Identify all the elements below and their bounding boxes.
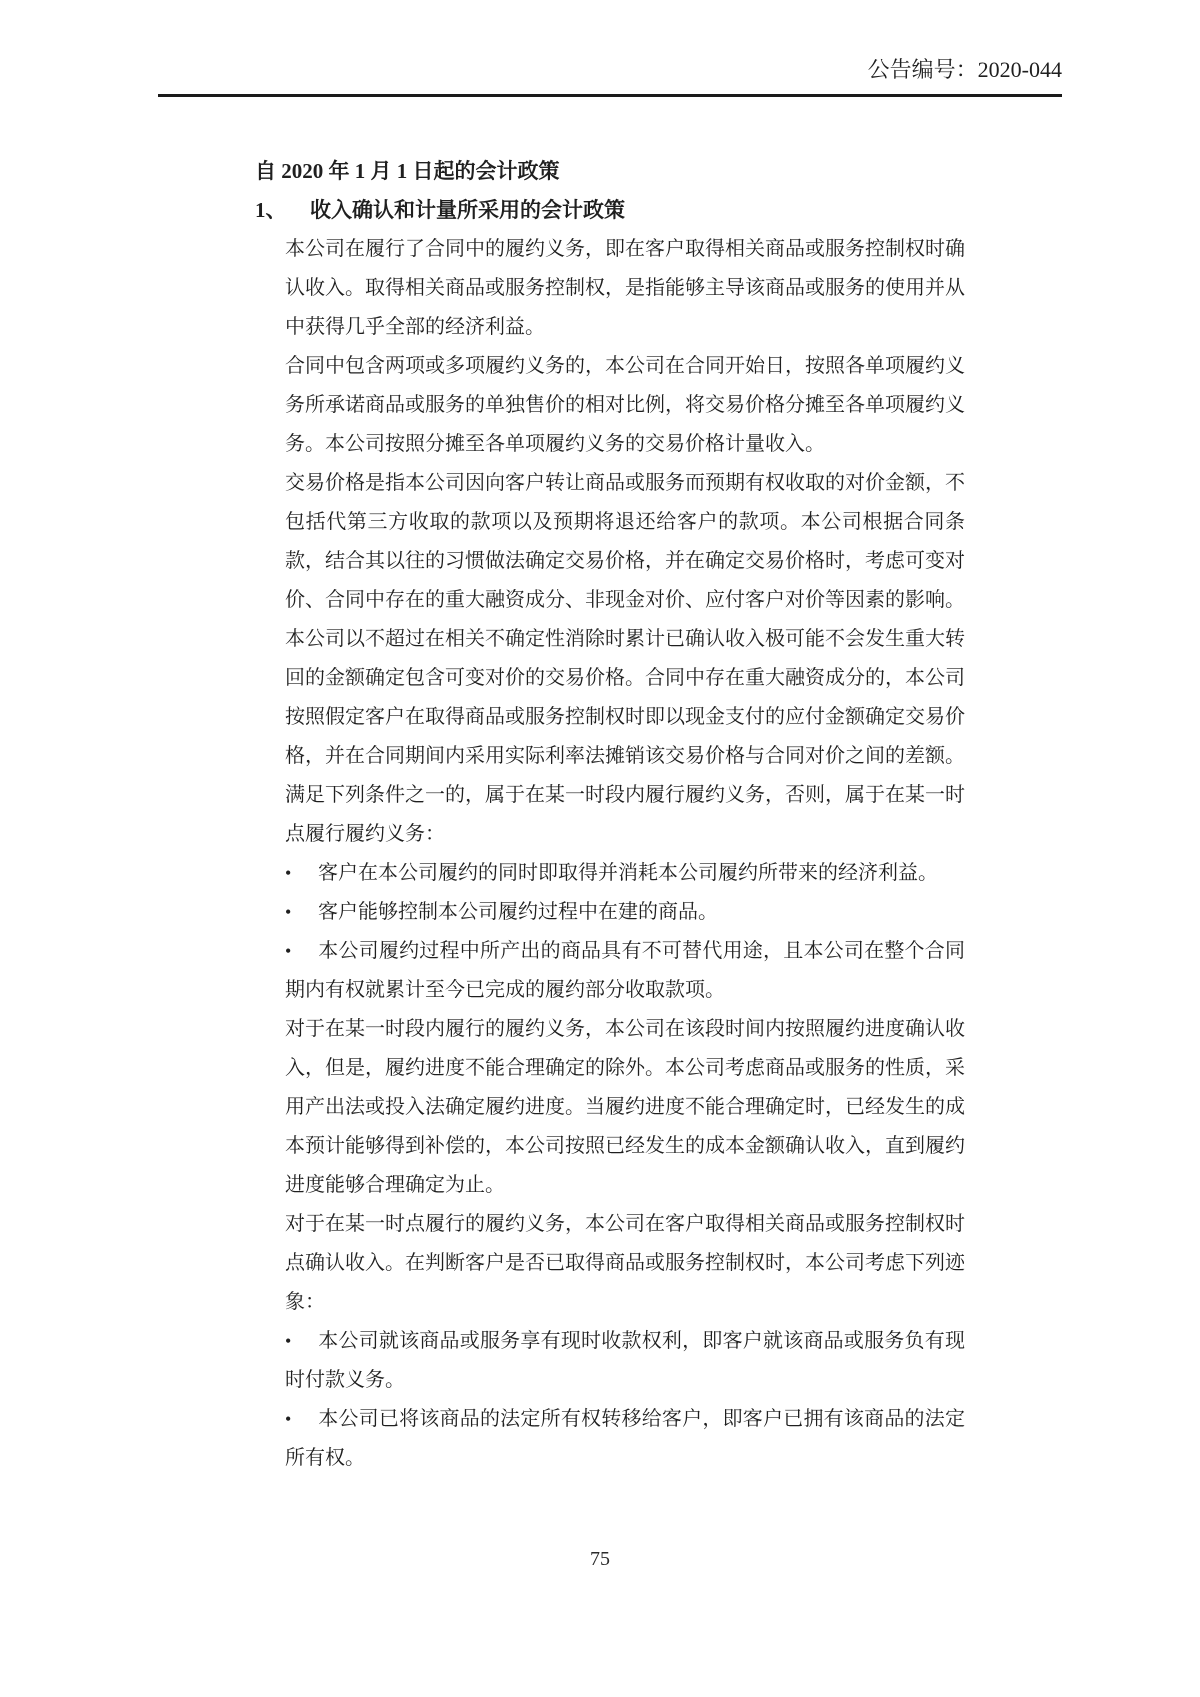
- bullet-icon: •: [285, 932, 318, 971]
- paragraph: 交易价格是指本公司因向客户转让商品或服务而预期有权收取的对价金额，不包括代第三方…: [285, 464, 965, 854]
- bullet-text: 本公司就该商品或服务享有现时收款权利，即客户就该商品或服务负有现时付款义务。: [285, 1330, 965, 1391]
- bullet-item: •客户能够控制本公司履约过程中在建的商品。: [285, 893, 965, 932]
- bullet-text: 本公司履约过程中所产出的商品具有不可替代用途，且本公司在整个合同期内有权就累计至…: [285, 940, 965, 1001]
- bullet-icon: •: [285, 1400, 318, 1439]
- paragraph: 本公司在履行了合同中的履约义务，即在客户取得相关商品或服务控制权时确认收入。取得…: [285, 230, 965, 347]
- section-title: 收入确认和计量所采用的会计政策: [310, 191, 625, 230]
- section-heading: 1、 收入确认和计量所采用的会计政策: [255, 191, 965, 230]
- bullet-icon: •: [285, 893, 318, 932]
- page-number: 75: [590, 1548, 610, 1570]
- bullet-icon: •: [285, 1322, 318, 1361]
- bullet-text: 客户能够控制本公司履约过程中在建的商品。: [318, 901, 718, 923]
- bullet-icon: •: [285, 854, 318, 893]
- header-rule: [158, 94, 1062, 97]
- page-title: 自 2020 年 1 月 1 日起的会计政策: [255, 152, 965, 191]
- bullet-item: •本公司就该商品或服务享有现时收款权利，即客户就该商品或服务负有现时付款义务。: [285, 1322, 965, 1400]
- bullet-item: •本公司履约过程中所产出的商品具有不可替代用途，且本公司在整个合同期内有权就累计…: [285, 932, 965, 1010]
- page-header: 公告编号：2020-044: [158, 55, 1062, 85]
- section-number: 1、: [255, 191, 310, 230]
- page-footer: 75: [0, 1545, 1200, 1573]
- bullet-text: 本公司已将该商品的法定所有权转移给客户，即客户已拥有该商品的法定所有权。: [285, 1408, 965, 1469]
- bullet-item: •客户在本公司履约的同时即取得并消耗本公司履约所带来的经济利益。: [285, 854, 965, 893]
- paragraph: 对于在某一时段内履行的履约义务，本公司在该段时间内按照履约进度确认收入，但是，履…: [285, 1010, 965, 1205]
- doc-number: 公告编号：2020-044: [868, 57, 1062, 82]
- content-column: 自 2020 年 1 月 1 日起的会计政策 1、 收入确认和计量所采用的会计政…: [255, 152, 965, 1478]
- document-page: 公告编号：2020-044 自 2020 年 1 月 1 日起的会计政策 1、 …: [0, 0, 1200, 1697]
- paragraph: 合同中包含两项或多项履约义务的，本公司在合同开始日，按照各单项履约义务所承诺商品…: [285, 347, 965, 464]
- paragraph: 对于在某一时点履行的履约义务，本公司在客户取得相关商品或服务控制权时点确认收入。…: [285, 1205, 965, 1322]
- bullet-text: 客户在本公司履约的同时即取得并消耗本公司履约所带来的经济利益。: [318, 862, 938, 884]
- bullet-item: •本公司已将该商品的法定所有权转移给客户，即客户已拥有该商品的法定所有权。: [285, 1400, 965, 1478]
- section-body: 本公司在履行了合同中的履约义务，即在客户取得相关商品或服务控制权时确认收入。取得…: [285, 230, 965, 1478]
